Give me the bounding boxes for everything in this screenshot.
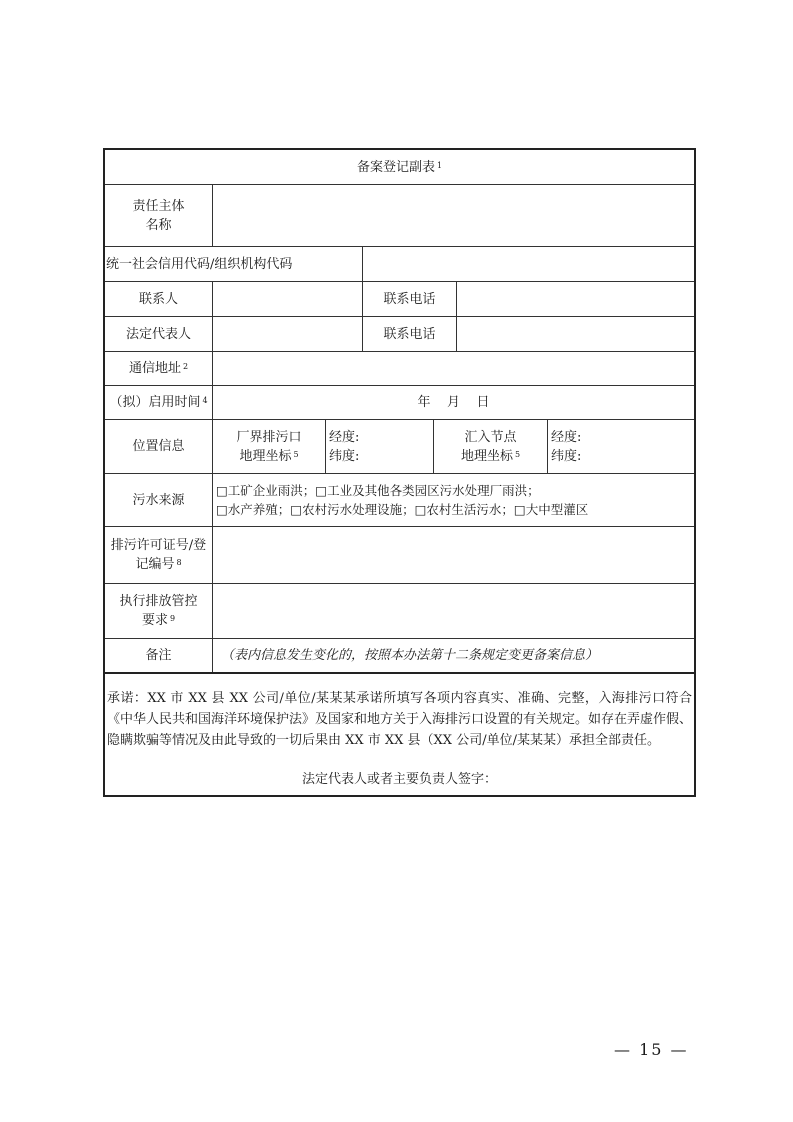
outlet-coord-field[interactable]: 经度: 纬度:	[326, 420, 434, 473]
address-label: 通信地址2	[105, 352, 213, 385]
location-label: 位置信息	[105, 420, 213, 473]
legal-rep-field[interactable]	[213, 317, 363, 351]
pledge-row: 承诺：XX 市 XX 县 XX 公司/单位/某某某承诺所填写各项内容真实、准确、…	[105, 674, 694, 795]
sewage-source-row: 污水来源 □工矿企业雨洪；□工业及其他各类园区污水处理厂雨洪； □水产养殖；□农…	[105, 474, 694, 527]
signature-label: 法定代表人或者主要负责人签字：	[107, 769, 692, 790]
contact-phone-field[interactable]	[457, 282, 694, 316]
location-row: 位置信息 厂界排污口 地理坐标5 经度: 纬度: 汇入节点 地理坐标5 经度: …	[105, 420, 694, 474]
sewage-source-options[interactable]: □工矿企业雨洪；□工业及其他各类园区污水处理厂雨洪； □水产养殖；□农村污水处理…	[213, 474, 694, 526]
remarks-row: 备注 （表内信息发生变化的，按照本办法第十二条规定变更备案信息）	[105, 639, 694, 674]
legal-rep-phone-label: 联系电话	[363, 317, 457, 351]
permit-label: 排污许可证号/登 记编号8	[105, 527, 213, 583]
entity-name-field[interactable]	[213, 185, 694, 246]
sewage-source-line1[interactable]: □工矿企业雨洪；□工业及其他各类园区污水处理厂雨洪；	[216, 481, 540, 500]
start-time-row: （拟）启用时间4 年 月 日	[105, 386, 694, 420]
outlet-coord-label: 厂界排污口 地理坐标5	[213, 420, 326, 473]
credit-code-field[interactable]	[363, 247, 694, 281]
permit-row: 排污许可证号/登 记编号8	[105, 527, 694, 584]
start-time-field[interactable]: 年 月 日	[213, 386, 694, 419]
page-number: — 15 —	[614, 1040, 689, 1059]
legal-rep-label: 法定代表人	[105, 317, 213, 351]
legal-rep-row: 法定代表人 联系电话	[105, 317, 694, 352]
remarks-field[interactable]: （表内信息发生变化的，按照本办法第十二条规定变更备案信息）	[213, 639, 694, 672]
control-row: 执行排放管控 要求9	[105, 584, 694, 639]
contact-row: 联系人 联系电话	[105, 282, 694, 317]
node-coord-field[interactable]: 经度: 纬度:	[548, 420, 694, 473]
entity-name-row: 责任主体 名称	[105, 185, 694, 247]
contact-field[interactable]	[213, 282, 363, 316]
node-coord-label: 汇入节点 地理坐标5	[434, 420, 548, 473]
contact-phone-label: 联系电话	[363, 282, 457, 316]
registration-form-table: 备案登记副表1 责任主体 名称 统一社会信用代码/组织机构代码 联系人 联系电话…	[103, 148, 696, 797]
pledge-text: 承诺：XX 市 XX 县 XX 公司/单位/某某某承诺所填写各项内容真实、准确、…	[107, 688, 692, 751]
outlet-latitude[interactable]: 纬度:	[329, 447, 359, 466]
legal-rep-phone-field[interactable]	[457, 317, 694, 351]
control-label: 执行排放管控 要求9	[105, 584, 213, 638]
control-field[interactable]	[213, 584, 694, 638]
start-time-label: （拟）启用时间4	[105, 386, 213, 419]
pledge-block: 承诺：XX 市 XX 县 XX 公司/单位/某某某承诺所填写各项内容真实、准确、…	[105, 674, 694, 795]
remarks-label: 备注	[105, 639, 213, 672]
credit-code-row: 统一社会信用代码/组织机构代码	[105, 247, 694, 282]
outlet-longitude[interactable]: 经度:	[329, 428, 359, 447]
title-row: 备案登记副表1	[105, 150, 694, 185]
contact-label: 联系人	[105, 282, 213, 316]
permit-field[interactable]	[213, 527, 694, 583]
sewage-source-label: 污水来源	[105, 474, 213, 526]
node-latitude[interactable]: 纬度:	[551, 447, 581, 466]
address-field[interactable]	[213, 352, 694, 385]
form-title: 备案登记副表1	[105, 150, 694, 184]
entity-name-label: 责任主体 名称	[105, 185, 213, 246]
credit-code-label: 统一社会信用代码/组织机构代码	[105, 247, 363, 281]
address-row: 通信地址2	[105, 352, 694, 386]
sewage-source-line2[interactable]: □水产养殖；□农村污水处理设施；□农村生活污水；□大中型灌区	[216, 500, 588, 519]
node-longitude[interactable]: 经度:	[551, 428, 581, 447]
